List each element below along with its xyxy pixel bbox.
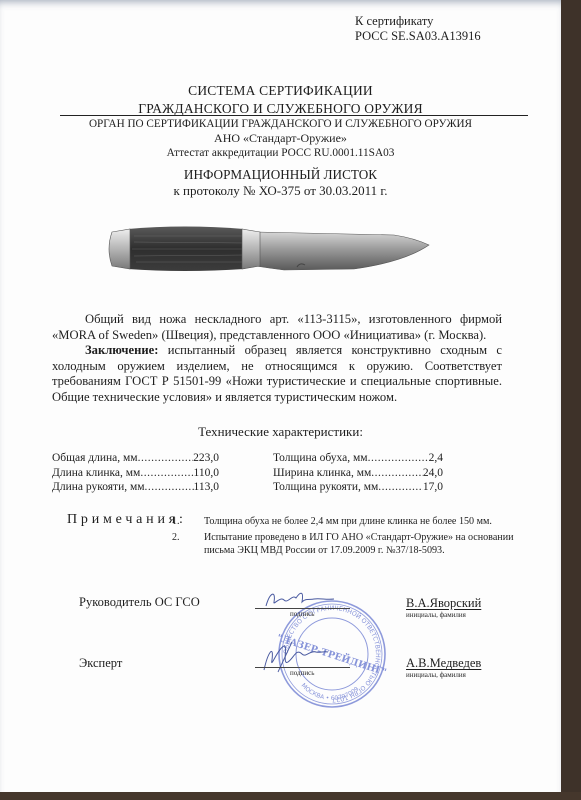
organization-name: АНО «Стандарт-Оружие»: [0, 131, 561, 146]
knife-photo-icon: [104, 224, 434, 274]
spec-value: 17,0: [423, 480, 443, 495]
signature-line: [255, 667, 350, 668]
certificate-ref-label: К сертификату: [355, 14, 481, 29]
specs-title: Технические характеристики:: [0, 424, 561, 440]
specs-left-column: Общая длина, мм223,0 Длина клинка, мм110…: [52, 451, 219, 495]
name-caption: инициалы, фамилия: [406, 671, 466, 679]
spec-row: Толщина рукояти, мм17,0: [273, 480, 443, 495]
description-block: Общий вид ножа нескладного арт. «113-311…: [52, 312, 502, 405]
spec-value: 113,0: [194, 480, 219, 495]
document-title: ИНФОРМАЦИОННЫЙ ЛИСТОК: [0, 167, 561, 183]
spec-row: Длина рукояти, мм113,0: [52, 480, 219, 495]
specs-right-column: Толщина обуха, мм2,4 Ширина клинка, мм24…: [273, 451, 443, 495]
handwritten-signature-icon: [262, 588, 347, 610]
signature-caption: подпись: [290, 669, 314, 677]
note-number: 1.: [172, 516, 180, 527]
scan-background-edge: [0, 792, 581, 800]
certificate-ref-number: РОСС SE.SA03.A13916: [355, 29, 481, 44]
system-heading: СИСТЕМА СЕРТИФИКАЦИИ ГРАЖДАНСКОГО И СЛУЖ…: [0, 82, 561, 118]
scan-background-edge: [561, 0, 581, 800]
spec-row: Толщина обуха, мм2,4: [273, 451, 443, 466]
note-number: 2.: [172, 532, 180, 543]
document-page: К сертификату РОСС SE.SA03.A13916 СИСТЕМ…: [0, 0, 561, 792]
conclusion-paragraph: Заключение: испытанный образец является …: [52, 343, 502, 405]
signatory-role: Руководитель ОС ГСО: [79, 595, 200, 610]
signatory-name: А.В.Медведев: [406, 656, 481, 671]
note-text: Испытание проведено в ИЛ ГО АНО «Стандар…: [204, 532, 514, 557]
certification-organ: ОРГАН ПО СЕРТИФИКАЦИИ ГРАЖДАНСКОГО И СЛУ…: [0, 117, 561, 131]
spec-value: 110,0: [194, 466, 219, 481]
signatory-role: Эксперт: [79, 656, 122, 671]
notes-title: Примечания:: [67, 512, 187, 528]
header-divider: [60, 115, 528, 116]
spec-row: Общая длина, мм223,0: [52, 451, 219, 466]
system-heading-line1: СИСТЕМА СЕРТИФИКАЦИИ: [0, 82, 561, 100]
protocol-reference: к протоколу № ХО-375 от 30.03.2011 г.: [0, 183, 561, 199]
spec-row: Длина клинка, мм110,0: [52, 466, 219, 481]
svg-text:МОСКВА • 60797009: МОСКВА • 60797009: [300, 682, 361, 702]
signature-line: [255, 608, 350, 609]
note-text: Толщина обуха не более 2,4 мм при длине …: [204, 516, 492, 529]
accreditation-attestat: Аттестат аккредитации РОСС RU.0001.11SA0…: [0, 146, 561, 160]
spec-value: 223,0: [193, 451, 219, 466]
general-view-text: Общий вид ножа нескладного арт. «113-311…: [52, 312, 502, 343]
name-caption: инициалы, фамилия: [406, 611, 466, 619]
signature-caption: подпись: [290, 610, 314, 618]
certificate-reference: К сертификату РОСС SE.SA03.A13916: [355, 14, 481, 44]
signatory-name: В.А.Яворский: [406, 596, 481, 611]
spec-row: Ширина клинка, мм24,0: [273, 466, 443, 481]
spec-value: 24,0: [423, 466, 443, 481]
spec-value: 2,4: [429, 451, 443, 466]
conclusion-label: Заключение:: [85, 343, 158, 357]
